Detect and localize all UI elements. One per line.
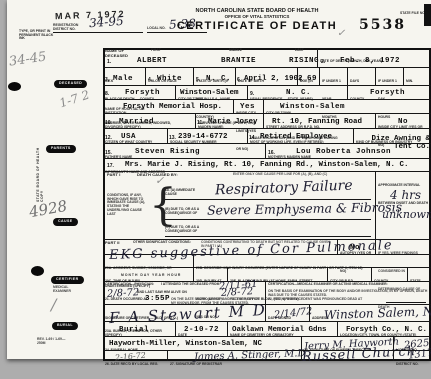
field-certifier-signature: SIGNATURE OF CERTIFIER — (M.D. OR D.O.) … [103, 304, 265, 321]
field-pod-inside-limits: INSIDE CITY LIMITS (YES OR NO) Yes [233, 99, 263, 113]
field-father-name: FATHER'S NAME 15. Steven Rising [103, 143, 265, 158]
reg-district-label: REGISTRATION DISTRICT NO. [53, 24, 93, 31]
check-mark: ✓ [155, 174, 164, 187]
field-residence-city: CITY OR TOWN Winston-Salem [263, 99, 431, 113]
margin-tab-parents: PARENTS [46, 145, 76, 153]
reg-district-value: 34-95 [89, 14, 124, 30]
field-res-inside-limit: INSIDE CITY LIMIT (YES OR NO) No [375, 113, 431, 128]
field-street-address: STREET ADDRESS OR R.F.D. NO. Rt. 10, Fan… [263, 113, 375, 128]
field-date-received: 26. DATE REC'D BY LOCAL REG. 2-16-72 [103, 350, 167, 361]
margin-tab-burial: BURIAL [52, 322, 78, 330]
field-district-no: DISTRICT NO. 1317 [393, 350, 431, 361]
field-date-of-birth: DATE OF BIRTH 6. April 2, 1902 [235, 67, 297, 85]
field-citizen-country: CITIZEN OF WHAT COUNTRY 12. USA [103, 128, 167, 143]
hole-punch [31, 266, 44, 276]
field-certifier-address: ADDRESS Winston Salem, NC [309, 304, 431, 321]
field-informant: INFORMANT'S NAME AND ADDRESS 17. Mrs. Ma… [103, 158, 431, 171]
field-state-of-birth: STATE OF BIRTH (IF NOT IN U.S.A., NAME C… [193, 67, 235, 85]
field-under-1yr-days: DAYS [347, 67, 375, 85]
certificate-paper: 34-45 TYPE, OR PRINT IN PERMANENT BLACK … [7, 0, 431, 359]
form-header: NORTH CAROLINA STATE BOARD OF HEALTH OFF… [167, 8, 347, 32]
hole-punch [8, 82, 21, 91]
margin-tab-deceased: DECEASED [54, 80, 87, 88]
margin-tab-cause: CAUSE [53, 218, 78, 226]
field-funeral-home: 24. FUNERAL HOME Hayworth-Miller, Winsto… [103, 336, 301, 350]
pencil-scribble: / [51, 295, 56, 314]
field-place-of-death-county: PLACE OF DEATH — COUNTY 8. Forsyth [103, 85, 175, 99]
field-occupation: USUAL OCCUPATION (KIND OF WORK DONE DURI… [247, 128, 353, 143]
field-registrar-signature: 27. SIGNATURE OF REGISTRAR James A. Stin… [167, 350, 301, 361]
field-ssn: SOCIAL SECURITY NUMBER 13. 239-14-6772 [167, 128, 247, 143]
local-no-label: LOCAL NO. [147, 27, 166, 31]
field-business-industry: KIND OF BUSINESS OR INDUSTRY Dize Awning… [353, 128, 431, 143]
field-sex: SEX 3. Male [103, 67, 145, 85]
column-onset-interval: APPROXIMATE INTERVAL BETWEEN ONSET AND D… [375, 171, 431, 239]
state-file-no-label: STATE FILE NO. [400, 12, 426, 16]
margin-tab-certifier: CERTIFIER [51, 276, 84, 284]
field-under-1day-hours: IF UNDER 1 DAY — HOURS [375, 67, 403, 85]
field-date-signed: DATE SIGNED 2/14/72 [265, 304, 309, 321]
field-cemetery-name: NAME OF CEMETERY OR CREMATORY Oaklawn Me… [227, 321, 337, 336]
scanned-death-certificate: { "page": { "stamp": "MAR 7 1972", "reg_… [0, 0, 431, 379]
field-color-or-race: COLOR OR RACE 4. White [145, 67, 193, 85]
field-burial-date: DATE 2-10-72 [175, 321, 227, 336]
ink-note: TYPE, OR PRINT IN PERMANENT BLACK INK [19, 30, 55, 41]
section-other-conditions: PART II OTHER SIGNIFICANT CONDITIONS: CO… [103, 239, 337, 254]
section-cause-of-death: PART I DEATH CAUSED BY: ENTER ONLY ONE C… [103, 171, 375, 239]
field-under-1day-min: MIN. [403, 67, 431, 85]
field-place-of-death-city: CITY OR TOWN Winston-Salem [175, 85, 247, 99]
certifier-sub-label: MEDICAL EXAMINER [53, 286, 83, 293]
scan-corner-artifact [424, 4, 431, 26]
state-file-number: 5538 [359, 17, 406, 33]
field-under-1yr-months: IF UNDER 1 YEAR — MONTHS [319, 67, 347, 85]
field-residence-county: COUNTY Forsyth [347, 85, 431, 99]
field-time-of-injury: 20c. TIME OF INJURY MONTH DAY YEAR HOUR [103, 267, 193, 281]
office-name: OFFICE OF VITAL STATISTICS [167, 14, 347, 19]
field-marital-status: MARRIED, NEVER MARRIED, WIDOWED, DIVORCE… [103, 113, 195, 128]
field-injury-county: COUNTY [371, 267, 407, 281]
field-date-of-death: DATE OF DEATH (MONTH, DAY, YEAR) 2. Feb.… [317, 48, 431, 67]
check-mark: ✓ [337, 28, 345, 39]
form-revision-note: REV. 1-69 / 1-69—250M [37, 338, 71, 345]
field-age: AGE (IN YEARS) 7. 69 [297, 67, 319, 85]
section-certification-physician: CERTIFICATION—PHYSICIAN: I ATTENDED THE … [103, 281, 265, 304]
field-validation-signature: Russell Church [301, 350, 393, 361]
pencil-scribble: 34-45 [8, 49, 47, 69]
section-certification-medical-examiner: CERTIFICATION—MEDICAL EXAMINER OR ACTING… [265, 281, 431, 304]
field-residence-state: USUAL RESIDENCE — STATE 9. N. C. [247, 85, 347, 99]
field-injury-at-work: 20d. INJURY AT WORK (SPECIFY YES OR NO) [193, 267, 227, 281]
field-hospital: NAME OF HOSPITAL OR INSTITUTION Forsyth … [103, 99, 233, 113]
certificate-title: CERTIFICATE OF DEATH [167, 20, 347, 32]
field-name-of-deceased: NAME OF DECEASED FIRST MIDDLE LAST 1. AL… [103, 48, 317, 67]
field-injury-state: STATE [407, 267, 431, 281]
field-cemetery-location: LOCATION (CITY, TOWN, OR COUNTY) (STATE)… [337, 321, 431, 336]
copy-designation: STATE BOARD OF HEALTH COPY [37, 142, 44, 202]
field-burial-type: 23a. BURIAL, CREMATION, OTHER (SPECIFY) … [103, 321, 175, 336]
field-injury-city: CITY OR R.F.D. [327, 267, 371, 281]
pencil-scribble: 1-7 2 [58, 88, 92, 111]
field-surviving-spouse: SURVIVING SPOUSE (IF WIFE, GIVE MAIDEN N… [195, 113, 263, 128]
